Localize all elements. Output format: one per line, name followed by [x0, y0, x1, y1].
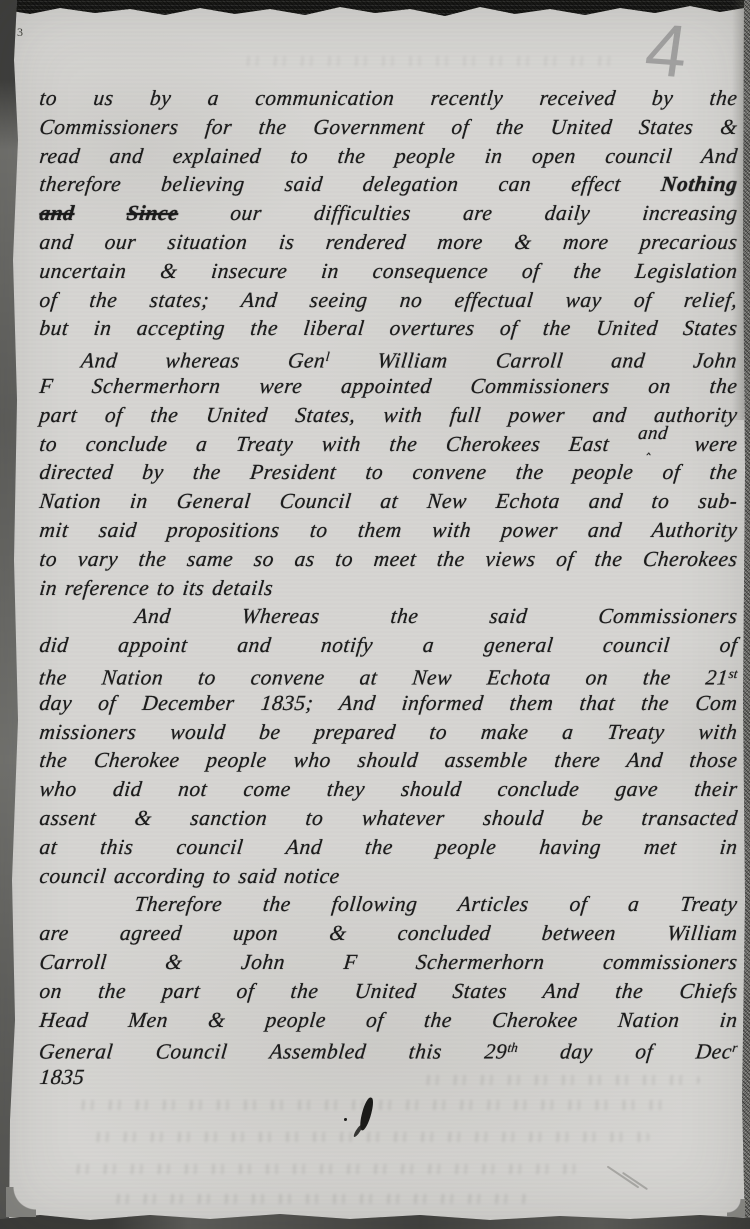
manuscript-line: Therefore the following Articles of a Tr… [38, 890, 739, 919]
paper-corner-bottom-left [6, 1187, 36, 1217]
manuscript-line: part of the United States, with full pow… [38, 401, 739, 430]
manuscript-line: at this council And the people having me… [38, 833, 739, 862]
manuscript-line: Nation in General Council at New Echota … [38, 487, 739, 516]
manuscript-line: of the states; And seeing no effectual w… [38, 286, 739, 315]
manuscript-line: but in accepting the liberal overtures o… [38, 314, 739, 343]
manuscript-line: directed by the President to convene the… [38, 458, 739, 487]
pencil-scratch [607, 1166, 640, 1189]
ink-blot [344, 1118, 347, 1121]
manuscript-line: are agreed upon & concluded between Will… [38, 919, 739, 948]
bleedthrough-text [110, 1194, 530, 1204]
left-scan-edge [0, 0, 22, 1229]
manuscript-line: mit said propositions to them with power… [38, 516, 739, 545]
bleedthrough-text [70, 1164, 590, 1174]
bottom-scan-edge [0, 1213, 750, 1229]
manuscript-line: missioners would be prepared to make a T… [38, 718, 739, 747]
manuscript-line: in reference to its details [38, 574, 739, 603]
manuscript-line: and our situation is rendered more & mor… [38, 228, 739, 257]
bleedthrough-text [90, 1132, 650, 1142]
manuscript-line: council according to said notice [38, 862, 739, 891]
torn-top-edge [0, 0, 750, 18]
manuscript-line: and Since our difficulties are daily inc… [38, 199, 739, 228]
right-scan-edge [742, 0, 750, 1229]
bleedthrough-text [75, 1100, 675, 1110]
manuscript-line: General Council Assembled this 29th day … [38, 1034, 739, 1063]
manuscript-line: read and explained to the people in open… [38, 142, 739, 171]
pencil-page-number: 4 [641, 13, 692, 89]
paper-corner-bottom-right [727, 1199, 745, 1217]
manuscript-line: to vary the same so as to meet the views… [38, 545, 739, 574]
manuscript-line: therefore believing said delegation can … [38, 170, 739, 199]
manuscript-scan-page: to us by a communication recently receiv… [0, 0, 750, 1229]
manuscript-line: the Nation to convene at New Echota on t… [38, 660, 739, 689]
pencil-scratch [622, 1172, 648, 1190]
manuscript-line: day of December 1835; And informed them … [38, 689, 739, 718]
manuscript-line: to conclude a Treaty with the Cherokees … [38, 430, 739, 459]
manuscript-line: the Cherokee people who should assemble … [38, 746, 739, 775]
manuscript-line: to us by a communication recently receiv… [38, 84, 739, 113]
catalog-number: 3 [17, 25, 24, 40]
manuscript-line: uncertain & insecure in consequence of t… [38, 257, 739, 286]
manuscript-line: who did not come they should conclude ga… [38, 775, 739, 804]
bleedthrough-text [240, 56, 620, 66]
manuscript-text: to us by a communication recently receiv… [38, 84, 736, 1092]
manuscript-line: on the part of the United States And the… [38, 977, 739, 1006]
manuscript-line: assent & sanction to whatever should be … [38, 804, 739, 833]
ink-blot [353, 1124, 364, 1138]
manuscript-line: did appoint and notify a general council… [38, 631, 739, 660]
manuscript-line: 1835 [38, 1063, 739, 1092]
manuscript-line: And whereas Genl William Carroll and Joh… [38, 343, 739, 372]
manuscript-line: Carroll & John F Schermerhorn commission… [38, 948, 739, 977]
manuscript-line: Commissioners for the Government of the … [38, 113, 739, 142]
manuscript-line: F Schermerhorn were appointed Commission… [38, 372, 739, 401]
manuscript-line: Head Men & people of the Cherokee Nation… [38, 1006, 739, 1035]
manuscript-line: And Whereas the said Commissioners [38, 602, 739, 631]
